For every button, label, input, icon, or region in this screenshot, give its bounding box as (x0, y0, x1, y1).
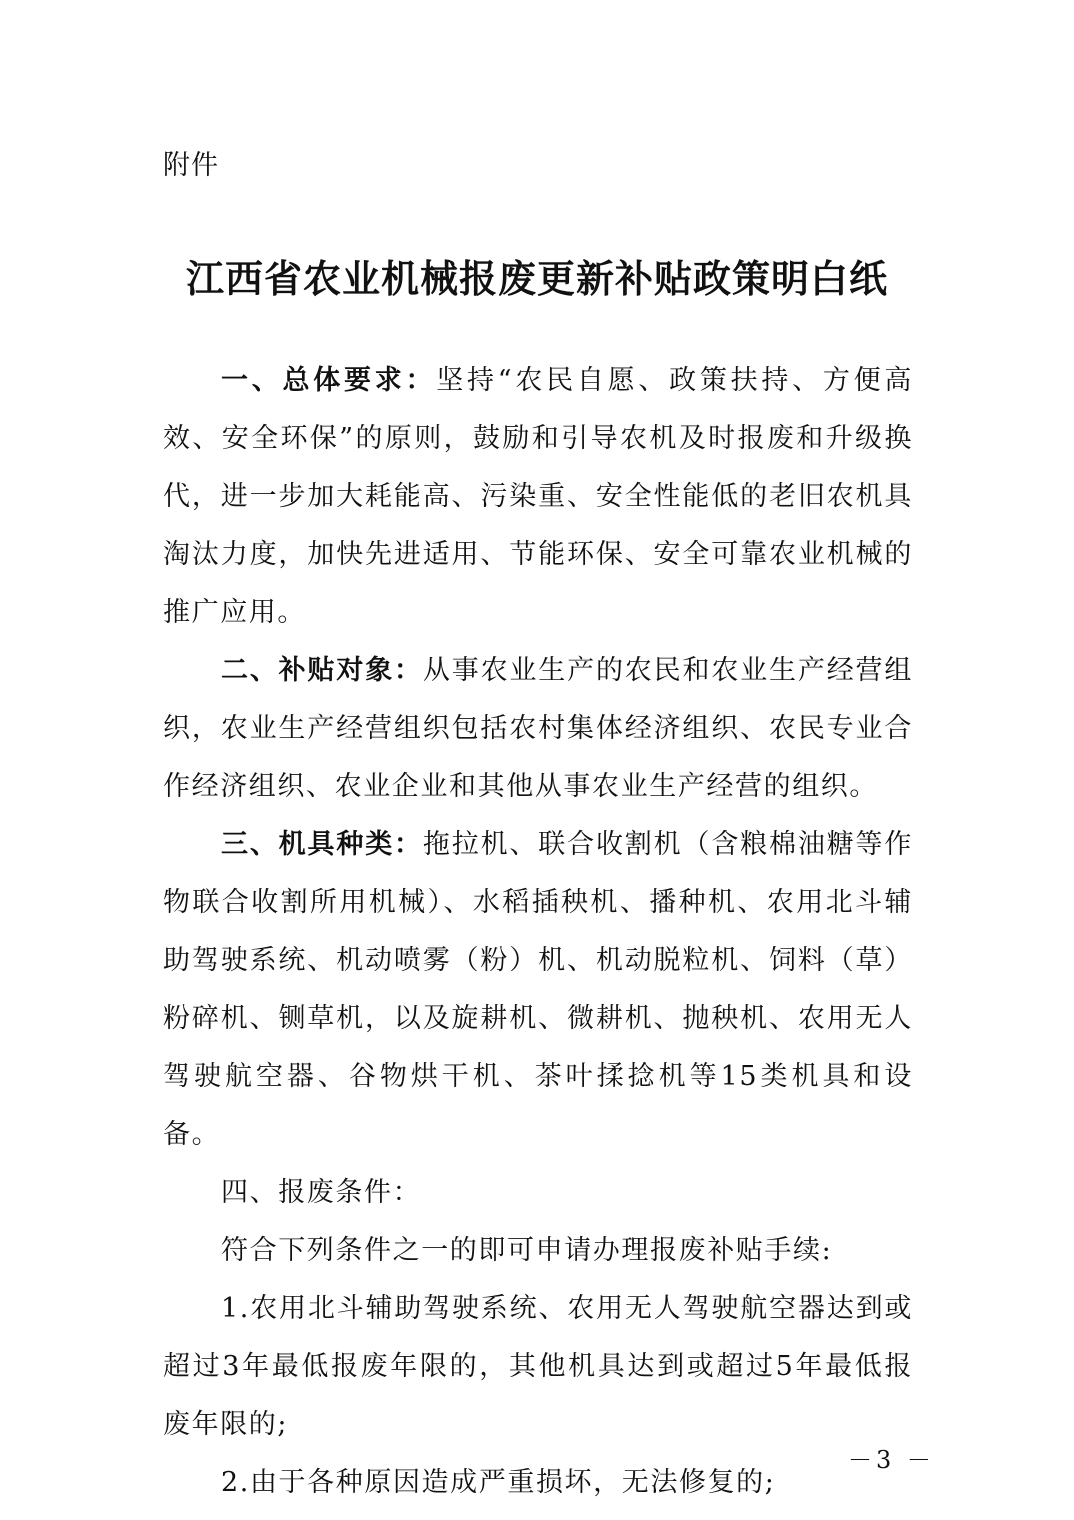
section-heading: 二、补贴对象： (221, 655, 423, 686)
section-general-requirements: 一、总体要求：坚持“农民自愿、政策扶持、方便高效、安全环保”的原则，鼓励和引导农… (163, 352, 913, 642)
condition-item: 1.农用北斗辅助驾驶系统、农用无人驾驶航空器达到或超过3年最低报废年限的，其他机… (163, 1280, 913, 1454)
section-subsidy-recipients: 二、补贴对象：从事农业生产的农民和农业生产经营组织，农业生产经营组织包括农村集体… (163, 642, 913, 816)
section-text: 坚持“农民自愿、政策扶持、方便高效、安全环保”的原则，鼓励和引导农机及时报废和升… (163, 365, 913, 628)
document-title: 江西省农业机械报废更新补贴政策明白纸 (0, 248, 1074, 303)
section-heading: 一、总体要求： (221, 365, 436, 396)
page-number: －3 － (848, 1440, 935, 1475)
section-heading: 四、报废条件： (221, 1177, 421, 1208)
section-heading: 三、机具种类： (221, 829, 423, 860)
condition-item: 2.由于各种原因造成严重损坏，无法修复的; (163, 1454, 913, 1512)
conditions-intro: 符合下列条件之一的即可申请办理报废补贴手续: (163, 1222, 913, 1280)
document-page: 附件 江西省农业机械报废更新补贴政策明白纸 一、总体要求：坚持“农民自愿、政策扶… (0, 0, 1074, 1520)
document-body: 一、总体要求：坚持“农民自愿、政策扶持、方便高效、安全环保”的原则，鼓励和引导农… (163, 352, 913, 1512)
attachment-label: 附件 (163, 143, 219, 182)
section-text: 拖拉机、联合收割机（含粮棉油糖等作物联合收割所用机械）、水稻插秧机、播种机、农用… (163, 829, 913, 1150)
section-machinery-types: 三、机具种类：拖拉机、联合收割机（含粮棉油糖等作物联合收割所用机械）、水稻插秧机… (163, 816, 913, 1164)
section-scrapping-conditions: 四、报废条件： (163, 1164, 913, 1222)
